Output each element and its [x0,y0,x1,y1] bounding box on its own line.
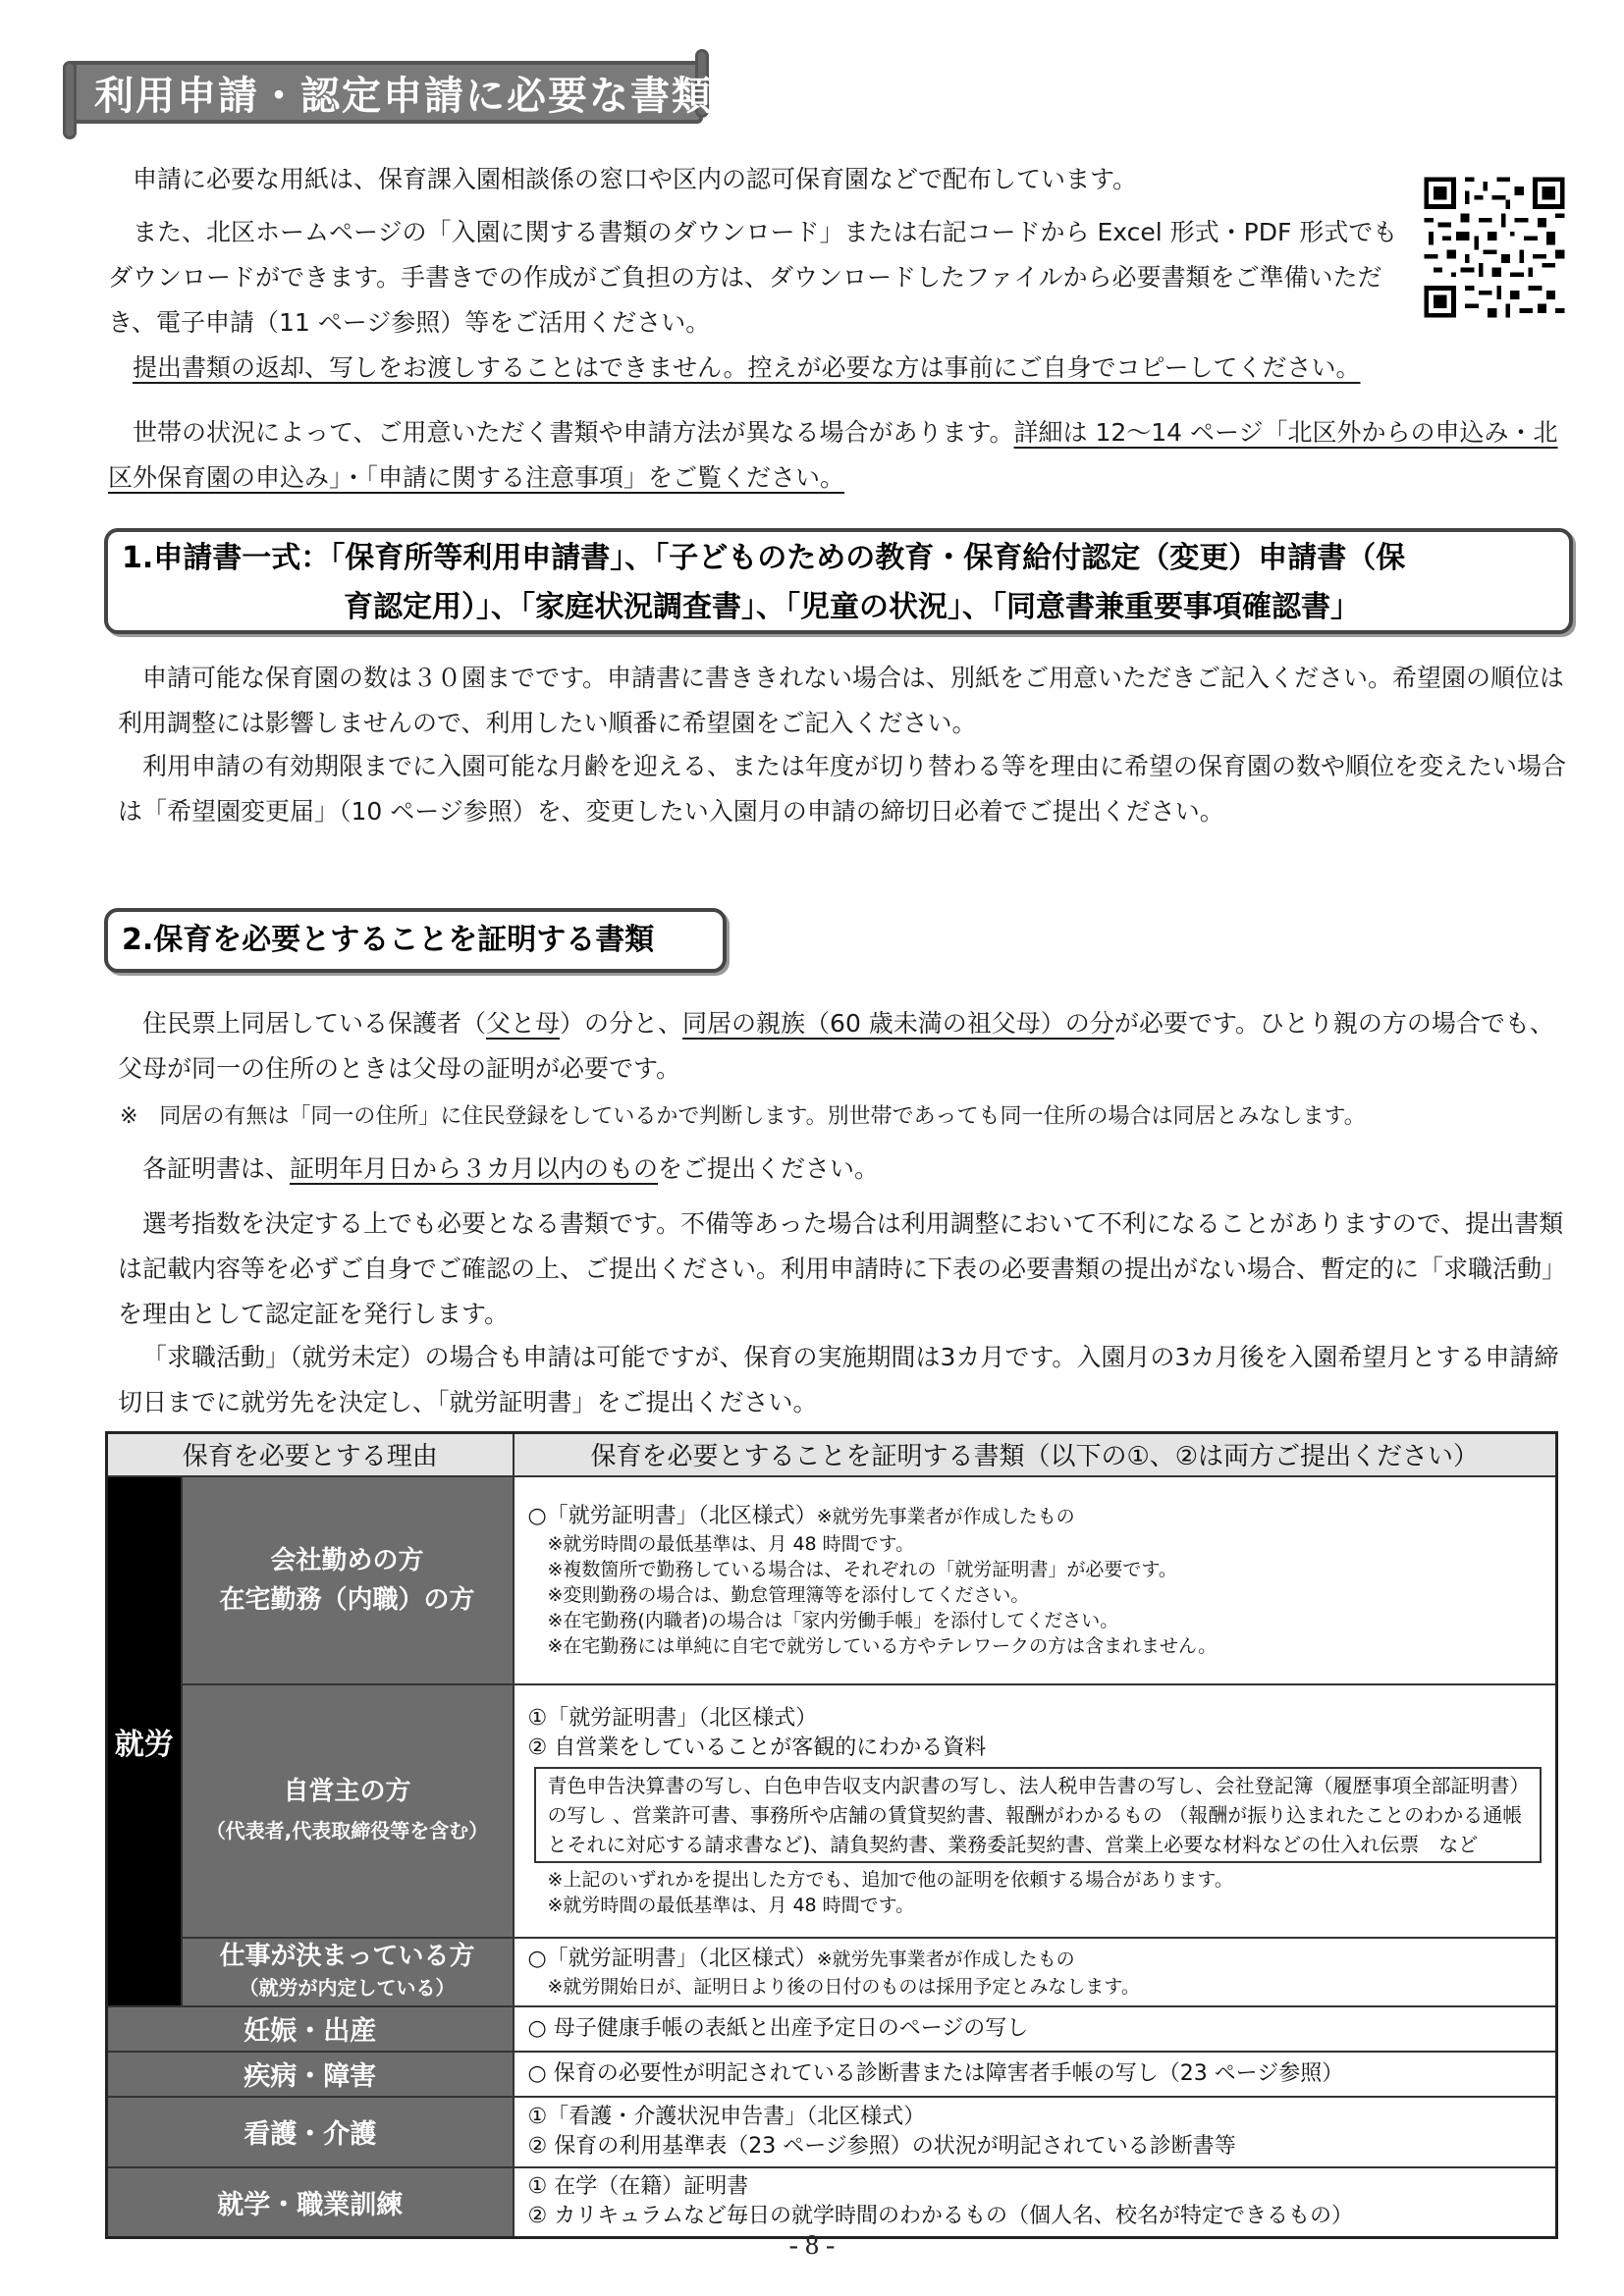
household-notice: 世帯の状況によって、ご用意いただく書類や申請方法が異なる場合があります。詳細は … [108,410,1581,501]
document-item: ①「看護・介護状況申告書」（北区様式） [528,2103,1543,2132]
section-2-paragraph-3: 選考指数を決定する上でも必要となる書類です。不備等あった場合は利用調整において不… [118,1201,1571,1337]
table-row: 看護・介護 ①「看護・介護状況申告書」（北区様式） ② 保育の利用基準表（23 … [107,2097,1557,2167]
page-title: 利用申請・認定申請に必要な書類 [94,65,713,121]
required-documents-table: 保育を必要とする理由 保育を必要とすることを証明する書類（以下の①、②は両方ご提… [105,1431,1558,2239]
underlined-parents: 父と母 [486,1009,560,1038]
section-1-heading-line-2: 育認定用）」、「家庭状況調査書」、「児童の状況」、「同意書兼重要事項確認書」 [122,583,1555,632]
document-note: ※変則勤務の場合は、勤怠管理簿等を添付してください。 [528,1582,1543,1608]
section-2-paragraph-1: 住民票上同居している保護者（父と母）の分と、同居の親族（60 歳未満の祖父母）の… [118,1001,1571,1092]
reason-company-employee: 会社勤めの方 在宅勤務（内職）の方 [182,1476,514,1684]
title-banner: 利用申請・認定申請に必要な書類 [65,49,709,124]
header-reason: 保育を必要とする理由 [107,1433,514,1476]
documents-nursing-care: ①「看護・介護状況申告書」（北区様式） ② 保育の利用基準表（23 ページ参照）… [514,2097,1557,2167]
section-2-heading-box: 2.保育を必要とすることを証明する書類 [104,908,727,973]
document-item: ○「就労証明書」（北区様式）※就労先事業者が作成したもの [528,1502,1543,1531]
reason-study-training: 就学・職業訓練 [107,2167,514,2238]
reason-pregnancy: 妊娠・出産 [107,2006,514,2052]
reason-nursing-care: 看護・介護 [107,2097,514,2167]
table-row: 自営主の方 （代表者,代表取締役等を含む） ①「就労証明書」（北区様式） ② 自… [107,1684,1557,1938]
intro-paragraph-1: 申請に必要な用紙は、保育課入園相談係の窓口や区内の認可保育園などで配布しています… [108,157,1404,202]
section-2-paragraph-4: 「求職活動」（就労未定）の場合も申請は可能ですが、保育の実施期間は3カ月です。入… [118,1335,1571,1425]
underlined-relatives: 同居の親族（60 歳未満の祖父母）の分 [682,1009,1114,1038]
reason-label: 仕事が決まっている方 [219,1942,474,1971]
table-header-row: 保育を必要とする理由 保育を必要とすることを証明する書類（以下の①、②は両方ご提… [107,1433,1557,1476]
example-documents-box: 青色申告決算書の写し、白色申告収支内訳書の写し、法人税申告書の写し、会社登記簿（… [534,1767,1543,1863]
section-2-heading: 2.保育を必要とすることを証明する書類 [122,916,709,965]
header-documents: 保育を必要とすることを証明する書類（以下の①、②は両方ご提出ください） [514,1433,1557,1476]
document-note: ※在宅勤務(内職者)の場合は「家内労働手帳」を添付してください。 [528,1608,1543,1633]
text: ）の分と、 [560,1009,682,1038]
table-row: 仕事が決まっている方 （就労が内定している） ○「就労証明書」（北区様式）※就労… [107,1938,1557,2006]
text: 各証明書は、 [142,1154,290,1183]
reason-self-employed: 自営主の方 （代表者,代表取締役等を含む） [182,1684,514,1938]
document-note: ※就労時間の最低基準は、月 48 時間です。 [528,1531,1543,1557]
section-1-paragraph-2: 利用申請の有効期限までに入園可能な月齢を迎える、または年度が切り替わる等を理由に… [118,744,1571,834]
document-item: ② 保育の利用基準表（23 ページ参照）の状況が明記されている診断書等 [528,2132,1543,2162]
reason-illness: 疾病・障害 [107,2052,514,2097]
document-note: ※複数箇所で勤務している場合は、それぞれの「就労証明書」が必要です。 [528,1557,1543,1582]
category-employment: 就労 [107,1476,182,2006]
reason-label: 自営主の方 [283,1777,410,1806]
reason-sublabel: （就労が内定している） [183,1972,513,2003]
cohabitation-note: ※ 同居の有無は「同一の住所」に住民登録をしているかで判断します。別世帯であって… [120,1095,1593,1140]
document-item: ② 自営業をしていることが客観的にわかる資料 [528,1734,1543,1763]
text: ○「就労証明書」（北区様式） [528,1947,817,1971]
page-number: - 8 - [0,2230,1624,2262]
text: ○「就労証明書」（北区様式） [528,1504,817,1528]
table-row: 疾病・障害 ○ 保育の必要性が明記されている診断書または障害者手帳の写し（23 … [107,2052,1557,2097]
table-row: 妊娠・出産 ○ 母子健康手帳の表紙と出産予定日のページの写し [107,2006,1557,2052]
text: をご提出ください。 [658,1154,879,1183]
documents-illness: ○ 保育の必要性が明記されている診断書または障害者手帳の写し（23 ページ参照） [514,2052,1557,2097]
qr-code-image[interactable] [1420,173,1569,322]
document-note: ※上記のいずれかを提出した方でも、追加で他の証明を依頼する場合があります。 [528,1867,1543,1893]
household-notice-text: 世帯の状況によって、ご用意いただく書類や申請方法が異なる場合があります。 [133,418,1014,447]
reason-label: 在宅勤務（内職）の方 [219,1585,474,1615]
table-row: 就労 会社勤めの方 在宅勤務（内職）の方 ○「就労証明書」（北区様式）※就労先事… [107,1476,1557,1684]
document-note: ※在宅勤務には単純に自宅で就労している方やテレワークの方は含まれません。 [528,1633,1543,1659]
document-item: ② カリキュラムなど毎日の就学時間のわかるもの（個人名、校名が特定できるもの） [528,2202,1543,2231]
documents-job-decided: ○「就労証明書」（北区様式）※就労先事業者が作成したもの ※就労開始日が、証明日… [514,1938,1557,2006]
section-1-paragraph-1: 申請可能な保育園の数は３０園までです。申請書に書ききれない場合は、別紙をご用意い… [118,656,1571,746]
documents-pregnancy: ○ 母子健康手帳の表紙と出産予定日のページの写し [514,2006,1557,2052]
documents-self-employed: ①「就労証明書」（北区様式） ② 自営業をしていることが客観的にわかる資料 青色… [514,1684,1557,1938]
document-note: ※就労時間の最低基準は、月 48 時間です。 [528,1893,1543,1918]
document-item: ① 在学（在籍）証明書 [528,2172,1543,2202]
document-item: ○「就労証明書」（北区様式）※就労先事業者が作成したもの [528,1945,1543,1974]
text: ※就労先事業者が作成したもの [817,1949,1075,1970]
table-row: 就学・職業訓練 ① 在学（在籍）証明書 ② カリキュラムなど毎日の就学時間のわか… [107,2167,1557,2238]
text: 住民票上同居している保護者（ [142,1009,486,1038]
text: ※就労先事業者が作成したもの [817,1506,1075,1527]
return-notice: 提出書類の返却、写しをお渡しすることはできません。控えが必要な方は事前にご自身で… [133,346,1586,391]
documents-company-employee: ○「就労証明書」（北区様式）※就労先事業者が作成したもの ※就労時間の最低基準は… [514,1476,1557,1684]
reason-label: 会社勤めの方 [270,1546,423,1575]
reason-sublabel: （代表者,代表取締役等を含む） [183,1811,513,1850]
section-1-heading-box: 1.申請書一式：「保育所等利用申請書」、「子どものための教育・保育給付認定（変更… [104,528,1573,634]
underlined-validity: 証明年月日から３カ月以内のもの [290,1154,658,1183]
intro-paragraph-2: また、北区ホームページの「入園に関する書類のダウンロード」または右記コードから … [108,210,1409,346]
document-note: ※就労開始日が、証明日より後の日付のものは採用予定とみなします。 [528,1974,1543,2000]
document-item: ①「就労証明書」（北区様式） [528,1704,1543,1734]
qr-code-icon [1420,173,1569,322]
reason-job-decided: 仕事が決まっている方 （就労が内定している） [182,1938,514,2006]
section-2-paragraph-2: 各証明書は、証明年月日から３カ月以内のものをご提出ください。 [118,1147,1571,1192]
banner-scroll-curl-left [63,61,77,139]
documents-study-training: ① 在学（在籍）証明書 ② カリキュラムなど毎日の就学時間のわかるもの（個人名、… [514,2167,1557,2238]
section-1-heading-line-1: 1.申請書一式：「保育所等利用申請書」、「子どものための教育・保育給付認定（変更… [122,534,1555,583]
